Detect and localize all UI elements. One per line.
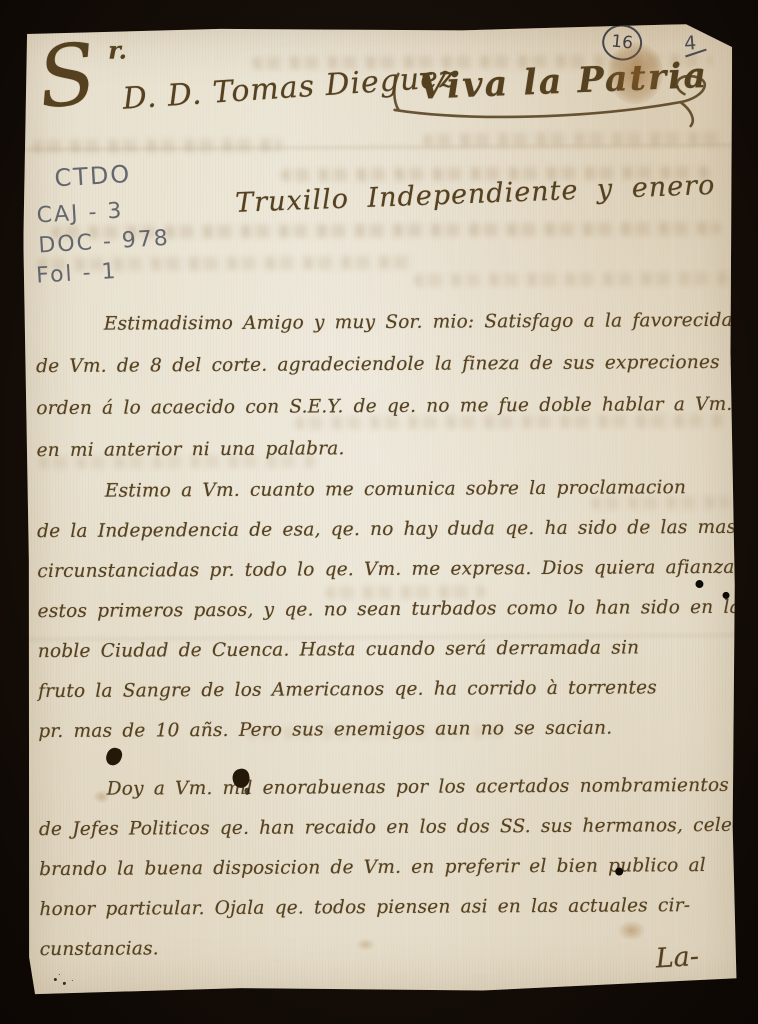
letter-line: Estimadisimo Amigo y muy Sor. mio: Satis… (104, 300, 730, 346)
letter-line: noble Ciudad de Cuenca. Hasta cuando ser… (38, 628, 732, 672)
addressee-flourish-initial: S (34, 31, 100, 121)
bleedthrough-smudge (414, 272, 734, 287)
bleedthrough-smudge (33, 139, 283, 154)
ink-stain (618, 920, 646, 940)
stamp-line: CTDO (54, 156, 167, 195)
wormhole (723, 592, 730, 599)
wormhole (615, 868, 623, 876)
letter-line: circunstanciadas pr. todo lo qe. Vm. me … (37, 548, 731, 592)
letter-page: S r. D. D. Tomas Dieguez Viva la Patria … (22, 24, 738, 996)
letter-line: Estimo a Vm. cuanto me comunica sobre la… (105, 468, 731, 512)
paragraph: Estimadisimo Amigo y muy Sor. mio: Satis… (36, 300, 731, 472)
ink-stain (93, 790, 111, 804)
letter-line: estos primeros pasos, y qe. no sean turb… (37, 588, 731, 632)
addressee-superscript: r. (108, 36, 127, 65)
letter-line: de Vm. de 8 del corte. agradeciendole la… (36, 342, 730, 388)
letter-line: de la Independencia de esa, qe. no hay d… (37, 508, 731, 552)
letter-line: Doy a Vm. mil enorabuenas por los acerta… (107, 766, 733, 810)
letter-line: de Jefes Politicos qe. han recaido en lo… (39, 806, 733, 850)
letter-line: brando la buena disposicion de Vm. en pr… (39, 846, 733, 890)
letter-line: en mi anterior ni una palabra. (37, 426, 731, 472)
ink-specks (54, 978, 57, 981)
ink-stain (607, 42, 663, 104)
wormhole (695, 580, 703, 588)
archive-stamp: CTDO CAJ - 3 DOC - 978 Fol - 1 (34, 156, 173, 291)
ink-stain (356, 938, 376, 951)
letter-line: fruto la Sangre de los Americanos qe. ha… (38, 668, 732, 712)
scan-background: S r. D. D. Tomas Dieguez Viva la Patria … (0, 0, 758, 1024)
catchword: La- (655, 941, 700, 974)
paragraph: Estimo a Vm. cuanto me comunica sobre la… (37, 468, 733, 752)
letter-line: orden á lo acaecido con S.E.Y. de qe. no… (36, 384, 730, 430)
letter-line: pr. mas de 10 añs. Pero sus enemigos aun… (38, 708, 732, 752)
corner-mark: 4 (683, 31, 707, 55)
